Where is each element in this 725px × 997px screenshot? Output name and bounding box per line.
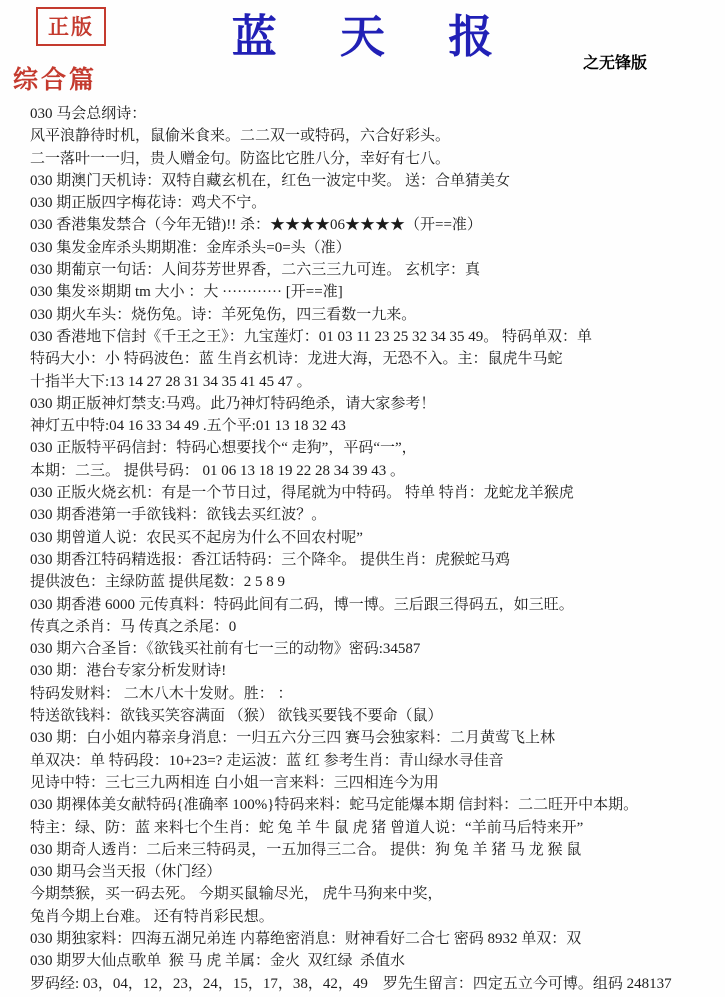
text-line: 本期：二三。 提供号码： 01 06 13 18 19 22 28 34 39 … bbox=[30, 460, 721, 482]
newspaper-page: 正版 蓝 天 报 之无锋版 综合篇 030 马会总纲诗：风平浪静待时机，鼠偷米食… bbox=[0, 0, 725, 997]
text-line: 风平浪静待时机，鼠偷米食来。二二双一或特码，六合好彩头。 bbox=[30, 125, 721, 147]
text-line: 神灯五中特:04 16 33 34 49 .五个平:01 13 18 32 43 bbox=[30, 415, 721, 437]
text-line: 兔肖今期上台难。 还有特肖彩民想。 bbox=[30, 906, 721, 928]
text-line: 030 集发金库杀头期期准：金库杀头=0=头（准） bbox=[30, 237, 721, 259]
edition-subtitle: 之无锋版 bbox=[583, 50, 647, 73]
text-line: 030 期独家料：四海五湖兄弟连 内幕绝密消息：财神看好二合七 密码 8932 … bbox=[30, 928, 721, 950]
text-line: 030 期六合圣旨：《欲钱买社前有七一三的动物》密码:34587 bbox=[30, 638, 721, 660]
text-line: 030 期葡京一句话：人间芬芳世界香，二六三三九可连。 玄机字：真 bbox=[30, 259, 721, 281]
text-line: 罗码经: 03，04，12，23，24，15，17，38，42，49 罗先生留言… bbox=[30, 973, 721, 995]
text-line: 030 正版火烧玄机：有是一个节日过，得尾就为中特码。 特单 特肖：龙蛇龙羊猴虎 bbox=[30, 482, 721, 504]
text-line: 030 期裸体美女献特码{准确率 100%}特码来料：蛇马定能爆本期 信封料：二… bbox=[30, 794, 721, 816]
text-line: 030 期正版神灯禁支:马鸡。此乃神灯特码绝杀，请大家参考！ bbox=[30, 393, 721, 415]
text-line: 030 期香港第一手欲钱料：欲钱去买红波？。 bbox=[30, 504, 721, 526]
text-line: 特送欲钱料：欲钱买笑容满面 （猴） 欲钱买要钱不要命（鼠） bbox=[30, 705, 721, 727]
text-line: 030 期：白小姐内幕亲身消息：一归五六分三四 赛马会独家料：二月黄莺飞上林 bbox=[30, 727, 721, 749]
text-line: 030 期澳门天机诗：双特自藏玄机在，红色一波定中奖。 送：合单猜美女 bbox=[30, 170, 721, 192]
text-line: 030 正版特平码信封：特码心想要找个“ 走狗”，平码“一”， bbox=[30, 437, 721, 459]
body-lines: 030 马会总纲诗：风平浪静待时机，鼠偷米食来。二二双一或特码，六合好彩头。二一… bbox=[30, 103, 721, 995]
text-line: 特码发财料： 二木八木十发财。胜： ： bbox=[30, 683, 721, 705]
text-line: 单双决：单 特码段：10+23=? 走运波：蓝 红 参考生肖：青山绿水寻佳音 bbox=[30, 750, 721, 772]
text-line: 特主：绿、防：蓝 来料七个生肖：蛇 兔 羊 牛 鼠 虎 猪 曾道人说：“羊前马后… bbox=[30, 817, 721, 839]
text-line: 030 期香江特码精选报：香江话特码：三个降伞。 提供生肖：虎猴蛇马鸡 bbox=[30, 549, 721, 571]
text-line: 030 香港集发禁合（今年无错)!! 杀：★★★★06★★★★（开==准） bbox=[30, 214, 721, 236]
text-line: 十指半大下:13 14 27 28 31 34 35 41 45 47 。 bbox=[30, 371, 721, 393]
text-line: 今期禁猴，买一码去死。 今期买鼠输尽光， 虎牛马狗来中奖， bbox=[30, 883, 721, 905]
text-line: 030 期罗大仙点歌单 猴 马 虎 羊属：金火 双红绿 杀值水 bbox=[30, 950, 721, 972]
text-line: 030 期马会当天报（休门经） bbox=[30, 861, 721, 883]
text-line: 030 集发※期期 tm 大小 ：大 ············ [开==准] bbox=[30, 281, 721, 303]
section-heading: 综合篇 bbox=[13, 60, 97, 96]
text-line: 030 香港地下信封《千王之王》：九宝莲灯：01 03 11 23 25 32 … bbox=[30, 326, 721, 348]
text-line: 030 期火车头：烧伤兔。诗：羊死兔伤，四三看数一九来。 bbox=[30, 304, 721, 326]
text-line: 030 期曾道人说：农民买不起房为什么不回农村呢” bbox=[30, 527, 721, 549]
text-line: 特码大小：小 特码波色：蓝 生肖玄机诗：龙进大海，无恐不入。主：鼠虎牛马蛇 bbox=[30, 348, 721, 370]
text-line: 030 期正版四字梅花诗：鸡犬不宁。 bbox=[30, 192, 721, 214]
text-line: 二一落叶一一归，贵人赠金句。防盗比它胜八分，幸好有七八。 bbox=[30, 148, 721, 170]
text-line: 提供波色：主绿防蓝 提供尾数：2 5 8 9 bbox=[30, 571, 721, 593]
text-line: 030 马会总纲诗： bbox=[30, 103, 721, 125]
text-line: 030 期香港 6000 元传真料：特码此间有二码，博一博。三后跟三得码五，如三… bbox=[30, 594, 721, 616]
text-line: 传真之杀肖：马 传真之杀尾：0 bbox=[30, 616, 721, 638]
text-line: 030 期奇人透肖：二后来三特码灵，一五加得三二合。 提供：狗 兔 羊 猪 马 … bbox=[30, 839, 721, 861]
text-line: 见诗中特：三七三九两相连 白小姐一言来料：三四相连今为用 bbox=[30, 772, 721, 794]
text-line: 030 期：港台专家分析发财诗! bbox=[30, 660, 721, 682]
